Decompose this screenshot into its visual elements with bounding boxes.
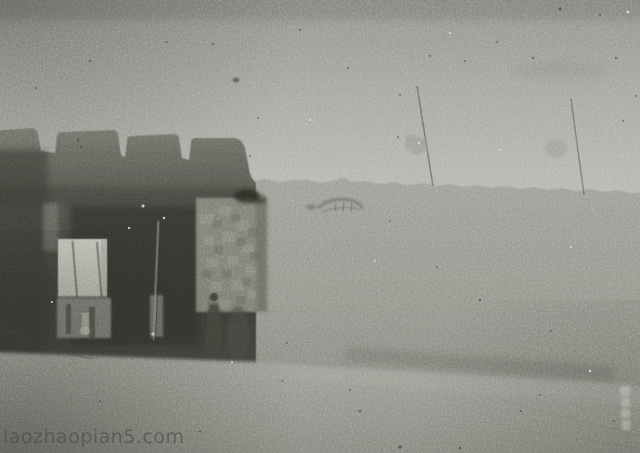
film-grain-fine (0, 0, 640, 453)
photo-canvas: laozhaopian5.com (0, 0, 640, 453)
historical-photograph: laozhaopian5.com (0, 0, 640, 453)
